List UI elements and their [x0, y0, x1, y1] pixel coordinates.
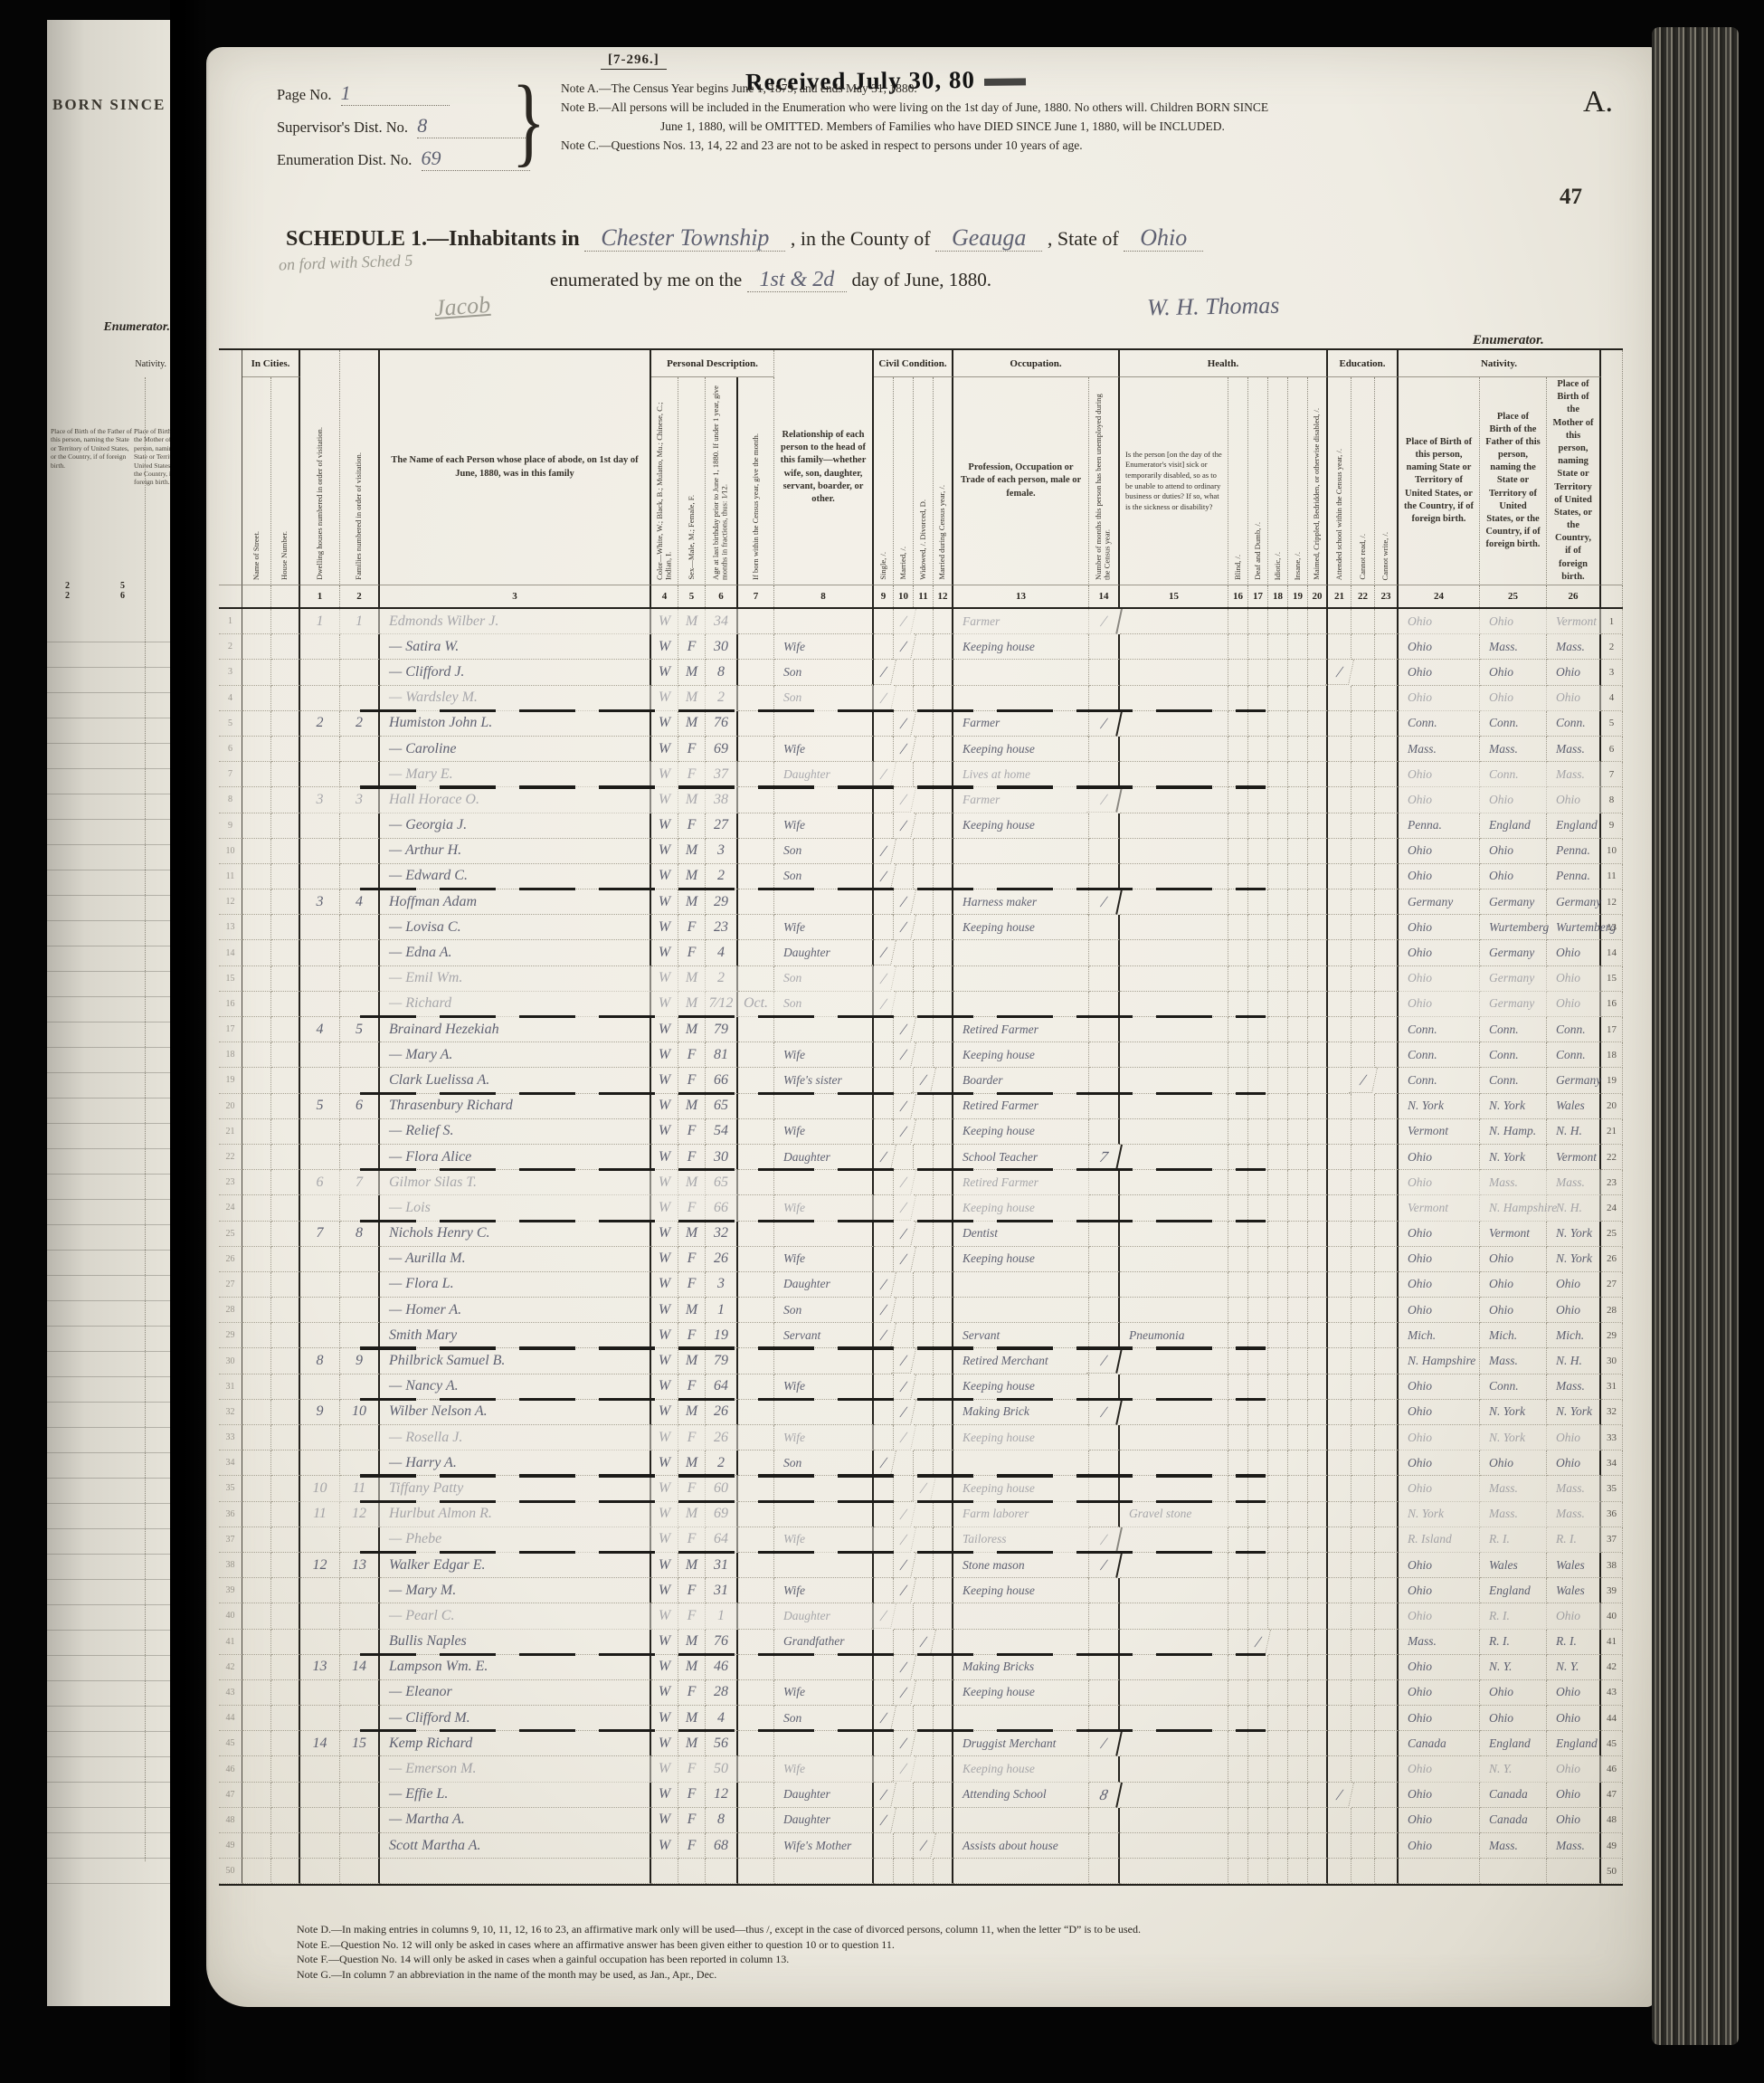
cell-father-birthplace-line-26: Ohio: [1480, 1247, 1547, 1272]
cell-line-right-line-31: 31: [1601, 1374, 1623, 1400]
cell-name-line-36: Hurlbut Almon R.: [380, 1502, 651, 1527]
cell-cannot-write-line-29: [1375, 1323, 1399, 1348]
cell-relationship-line-44: Son: [774, 1706, 874, 1731]
column-header-sickness: Is the person [on the day of the Enumera…: [1120, 377, 1228, 585]
cell-married-line-15: [894, 966, 914, 992]
cell-deaf-dumb-line-2: [1248, 634, 1268, 660]
cell-months-unemployed-line-27: [1089, 1272, 1120, 1298]
cell-age-line-12: 29: [706, 889, 738, 915]
cell-house-line-27: [271, 1272, 300, 1298]
cell-birthplace-line-29: Mich.: [1399, 1323, 1480, 1348]
note-c: Note C.—Questions Nos. 13, 14, 22 and 23…: [561, 137, 1574, 156]
cell-name-line-4: — Wardsley M.: [380, 686, 651, 711]
cell-color-line-15: W: [651, 966, 678, 992]
cell-attended-school-line-19: [1328, 1068, 1351, 1093]
cell-dwelling-line-4: [300, 686, 340, 711]
cell-cannot-read-line-30: [1351, 1348, 1375, 1374]
cell-insane-line-40: [1288, 1603, 1308, 1629]
cell-line-left-line-34: 34: [219, 1450, 242, 1476]
cell-mother-birthplace-line-27: Ohio: [1547, 1272, 1601, 1298]
cell-birthplace-line-50: [1399, 1859, 1480, 1884]
cell-street-line-34: [242, 1450, 271, 1476]
cell-relationship-line-38: [774, 1553, 874, 1578]
cell-single-line-42: [874, 1655, 894, 1680]
cell-color-line-39: W: [651, 1578, 678, 1603]
cell-color-line-13: W: [651, 915, 678, 940]
cell-widowed-line-14: [914, 940, 934, 965]
cell-blind-line-47: [1228, 1783, 1248, 1808]
cell-maimed-line-46: [1308, 1756, 1328, 1782]
enumeration-no-value: 69: [422, 147, 441, 169]
cell-street-line-22: [242, 1145, 271, 1170]
cell-idiotic-line-17: [1268, 1017, 1288, 1042]
schedule-label: SCHEDULE 1.—Inhabitants in: [286, 227, 580, 251]
cell-deaf-dumb-line-48: [1248, 1808, 1268, 1833]
cell-month-born-line-45: [738, 1731, 774, 1756]
cell-sex-line-48: F: [678, 1808, 706, 1833]
column-number-months-unemployed: 14: [1089, 585, 1120, 607]
cell-sex-line-27: F: [678, 1272, 706, 1298]
cell-birthplace-line-11: Ohio: [1399, 864, 1480, 889]
cell-months-unemployed-line-25: [1089, 1222, 1120, 1247]
cell-married-line-42: /: [891, 1655, 916, 1680]
column-header-cannot-write: Cannot write, /.: [1375, 377, 1399, 585]
cell-deaf-dumb-line-49: [1248, 1833, 1268, 1859]
cell-widowed-line-39: [914, 1578, 934, 1603]
cell-maimed-line-13: [1308, 915, 1328, 940]
cell-cannot-write-line-9: [1375, 813, 1399, 839]
cell-line-left-line-22: 22: [219, 1145, 242, 1170]
cell-street-line-46: [242, 1756, 271, 1782]
cell-cannot-write-line-15: [1375, 966, 1399, 992]
cell-cannot-read-line-36: [1351, 1502, 1375, 1527]
cell-family-line-6: [340, 737, 380, 762]
cell-street-line-32: [242, 1400, 271, 1425]
cell-birthplace-line-48: Ohio: [1399, 1808, 1480, 1833]
cell-attended-school-line-5: [1328, 711, 1351, 737]
cell-single-line-32: [874, 1400, 894, 1425]
cell-family-line-27: [340, 1272, 380, 1298]
cell-mother-birthplace-line-5: Conn.: [1547, 711, 1601, 737]
cell-idiotic-line-14: [1268, 940, 1288, 965]
cell-deaf-dumb-line-12: [1248, 889, 1268, 915]
cell-age-line-14: 4: [706, 940, 738, 965]
cell-cannot-read-line-9: [1351, 813, 1375, 839]
cell-dwelling-line-25: 7: [300, 1222, 340, 1247]
cell-months-unemployed-line-28: [1089, 1298, 1120, 1323]
cell-married-census-year-line-12: [934, 889, 953, 915]
cell-attended-school-line-28: [1328, 1298, 1351, 1323]
cell-name-line-14: — Edna A.: [380, 940, 651, 965]
cell-insane-line-10: [1288, 839, 1308, 864]
cell-cannot-write-line-23: [1375, 1170, 1399, 1195]
cell-line-right-line-14: 14: [1601, 940, 1623, 965]
cell-name-line-26: — Aurilla M.: [380, 1247, 651, 1272]
cell-occupation-line-45: Druggist Merchant: [953, 1731, 1089, 1756]
column-number-single: 9: [874, 585, 894, 607]
cell-cannot-write-line-3: [1375, 660, 1399, 685]
column-header-deaf-dumb: Deaf and Dumb, /.: [1248, 377, 1268, 585]
cell-street-line-21: [242, 1119, 271, 1145]
cell-line-left-line-15: 15: [219, 966, 242, 992]
cell-married-line-7: [894, 762, 914, 787]
cell-married-line-17: /: [891, 1017, 916, 1042]
cell-cannot-read-line-1: [1351, 609, 1375, 634]
cell-name-line-46: — Emerson M.: [380, 1756, 651, 1782]
enumerator-label: Enumerator.: [1473, 333, 1544, 348]
cell-attended-school-line-10: [1328, 839, 1351, 864]
cell-birthplace-line-43: Ohio: [1399, 1680, 1480, 1706]
cell-attended-school-line-36: [1328, 1502, 1351, 1527]
cell-cannot-write-line-37: [1375, 1527, 1399, 1553]
cell-occupation-line-42: Making Bricks: [953, 1655, 1089, 1680]
book-gutter-shadow: [170, 0, 210, 2083]
cell-month-born-line-41: [738, 1630, 774, 1655]
cell-relationship-line-33: Wife: [774, 1425, 874, 1450]
cell-widowed-line-12: [914, 889, 934, 915]
cell-attended-school-line-39: [1328, 1578, 1351, 1603]
cell-insane-line-38: [1288, 1553, 1308, 1578]
cell-deaf-dumb-line-31: [1248, 1374, 1268, 1400]
cell-cannot-read-line-45: [1351, 1731, 1375, 1756]
cell-attended-school-line-26: [1328, 1247, 1351, 1272]
cell-widowed-line-9: [914, 813, 934, 839]
cell-married-census-year-line-16: [934, 992, 953, 1017]
cell-married-census-year-line-30: [934, 1348, 953, 1374]
cell-blind-line-33: [1228, 1425, 1248, 1450]
cell-maimed-line-42: [1308, 1655, 1328, 1680]
cell-line-left-line-41: 41: [219, 1630, 242, 1655]
cell-maimed-line-28: [1308, 1298, 1328, 1323]
column-header-married: Married, /.: [894, 377, 914, 585]
cell-mother-birthplace-line-10: Penna.: [1547, 839, 1601, 864]
cell-family-line-16: [340, 992, 380, 1017]
cell-line-right-line-49: 49: [1601, 1833, 1623, 1859]
cell-occupation-line-38: Stone mason: [953, 1553, 1089, 1578]
cell-mother-birthplace-line-38: Wales: [1547, 1553, 1601, 1578]
cell-color-line-19: W: [651, 1068, 678, 1093]
cell-street-line-24: [242, 1195, 271, 1221]
cell-married-line-10: [894, 839, 914, 864]
cell-occupation-line-39: Keeping house: [953, 1578, 1089, 1603]
cell-house-line-10: [271, 839, 300, 864]
cell-idiotic-line-6: [1268, 737, 1288, 762]
cell-father-birthplace-line-29: Mich.: [1480, 1323, 1547, 1348]
cell-mother-birthplace-line-17: Conn.: [1547, 1017, 1601, 1042]
cell-cannot-write-line-14: [1375, 940, 1399, 965]
cell-age-line-18: 81: [706, 1042, 738, 1068]
cell-single-line-16: /: [871, 992, 896, 1017]
cell-father-birthplace-line-45: England: [1480, 1731, 1547, 1756]
cell-dwelling-line-19: [300, 1068, 340, 1093]
cell-blind-line-20: [1228, 1094, 1248, 1119]
cell-attended-school-line-22: [1328, 1145, 1351, 1170]
cell-widowed-line-19: /: [911, 1068, 936, 1093]
cell-cannot-read-line-24: [1351, 1195, 1375, 1221]
cell-blind-line-49: [1228, 1833, 1248, 1859]
cell-cannot-write-line-21: [1375, 1119, 1399, 1145]
column-header-insane: Insane, /.: [1288, 377, 1308, 585]
cell-street-line-6: [242, 737, 271, 762]
cell-relationship-line-50: [774, 1859, 874, 1884]
cell-sickness-line-29: Pneumonia: [1120, 1323, 1228, 1348]
cell-sickness-line-47: [1120, 1783, 1228, 1808]
column-header-mother-birthplace: Place of Birth of the Mother of this per…: [1547, 377, 1601, 585]
cell-color-line-10: W: [651, 839, 678, 864]
cell-age-line-45: 56: [706, 1731, 738, 1756]
cell-birthplace-line-36: N. York: [1399, 1502, 1480, 1527]
column-header-line-right: [1601, 350, 1623, 585]
cell-color-line-27: W: [651, 1272, 678, 1298]
cell-widowed-line-15: [914, 966, 934, 992]
cell-sickness-line-42: [1120, 1655, 1228, 1680]
cell-insane-line-17: [1288, 1017, 1308, 1042]
cell-color-line-38: W: [651, 1553, 678, 1578]
cell-maimed-line-7: [1308, 762, 1328, 787]
cell-cannot-read-line-6: [1351, 737, 1375, 762]
cell-blind-line-17: [1228, 1017, 1248, 1042]
cell-deaf-dumb-line-45: [1248, 1731, 1268, 1756]
cell-blind-line-32: [1228, 1400, 1248, 1425]
cell-age-line-27: 3: [706, 1272, 738, 1298]
cell-attended-school-line-46: [1328, 1756, 1351, 1782]
cell-attended-school-line-44: [1328, 1706, 1351, 1731]
cell-dwelling-line-38: 12: [300, 1553, 340, 1578]
cell-color-line-42: W: [651, 1655, 678, 1680]
cell-age-line-23: 65: [706, 1170, 738, 1195]
cell-line-left-line-12: 12: [219, 889, 242, 915]
cell-father-birthplace-line-17: Conn.: [1480, 1017, 1547, 1042]
cell-sex-line-24: F: [678, 1195, 706, 1221]
cell-cannot-write-line-10: [1375, 839, 1399, 864]
column-header-house: House Number.: [271, 377, 300, 585]
cell-blind-line-34: [1228, 1450, 1248, 1476]
cell-family-line-31: [340, 1374, 380, 1400]
cell-maimed-line-39: [1308, 1578, 1328, 1603]
cell-age-line-49: 68: [706, 1833, 738, 1859]
cell-house-line-9: [271, 813, 300, 839]
cell-father-birthplace-line-9: England: [1480, 813, 1547, 839]
cell-name-line-40: — Pearl C.: [380, 1603, 651, 1629]
cell-attended-school-line-7: [1328, 762, 1351, 787]
cell-married-line-27: [894, 1272, 914, 1298]
cell-married-census-year-line-31: [934, 1374, 953, 1400]
census-table-body: 111Edmonds Wilber J.WM34/Farmer/OhioOhio…: [219, 609, 1623, 1886]
cell-family-line-12: 4: [340, 889, 380, 915]
cell-blind-line-39: [1228, 1578, 1248, 1603]
cell-married-census-year-line-2: [934, 634, 953, 660]
column-header-line-left: [219, 350, 242, 585]
cell-attended-school-line-38: [1328, 1553, 1351, 1578]
cell-idiotic-line-43: [1268, 1680, 1288, 1706]
cell-sickness-line-28: [1120, 1298, 1228, 1323]
cell-line-left-line-5: 5: [219, 711, 242, 737]
column-header-idiotic: Idiotic, /.: [1268, 377, 1288, 585]
cell-idiotic-line-3: [1268, 660, 1288, 685]
cell-dwelling-line-14: [300, 940, 340, 965]
cell-insane-line-8: [1288, 787, 1308, 813]
cell-single-line-40: /: [871, 1603, 896, 1629]
note-d: Note D.—In making entries in columns 9, …: [297, 1922, 1581, 1937]
cell-line-left-line-24: 24: [219, 1195, 242, 1221]
cell-occupation-line-15: [953, 966, 1089, 992]
cell-line-left-line-13: 13: [219, 915, 242, 940]
cell-insane-line-36: [1288, 1502, 1308, 1527]
cell-blind-line-45: [1228, 1731, 1248, 1756]
cell-idiotic-line-46: [1268, 1756, 1288, 1782]
cell-deaf-dumb-line-18: [1248, 1042, 1268, 1068]
cell-relationship-line-45: [774, 1731, 874, 1756]
cell-cannot-write-line-48: [1375, 1808, 1399, 1833]
cell-blind-line-2: [1228, 634, 1248, 660]
cell-deaf-dumb-line-40: [1248, 1603, 1268, 1629]
cell-house-line-44: [271, 1706, 300, 1731]
cell-maimed-line-50: [1308, 1859, 1328, 1884]
cell-line-right-line-29: 29: [1601, 1323, 1623, 1348]
cell-month-born-line-44: [738, 1706, 774, 1731]
cell-occupation-line-29: Servant: [953, 1323, 1089, 1348]
cell-occupation-line-17: Retired Farmer: [953, 1017, 1089, 1042]
cell-father-birthplace-line-2: Mass.: [1480, 634, 1547, 660]
cell-single-line-26: [874, 1247, 894, 1272]
cell-street-line-35: [242, 1476, 271, 1501]
cell-cannot-write-line-43: [1375, 1680, 1399, 1706]
cell-widowed-line-37: [914, 1527, 934, 1553]
cell-sickness-line-9: [1120, 813, 1228, 839]
cell-family-line-8: 3: [340, 787, 380, 813]
cell-deaf-dumb-line-14: [1248, 940, 1268, 965]
cell-house-line-14: [271, 940, 300, 965]
cell-single-line-22: /: [871, 1145, 896, 1170]
cell-dwelling-line-47: [300, 1783, 340, 1808]
cell-line-right-line-3: 3: [1601, 660, 1623, 685]
cell-family-line-1: 1: [340, 609, 380, 634]
cell-line-right-line-19: 19: [1601, 1068, 1623, 1093]
cell-married-line-45: /: [891, 1731, 916, 1756]
cell-line-right-line-34: 34: [1601, 1450, 1623, 1476]
cell-street-line-25: [242, 1222, 271, 1247]
cell-father-birthplace-line-22: N. York: [1480, 1145, 1547, 1170]
cell-name-line-5: Humiston John L.: [380, 711, 651, 737]
cell-insane-line-23: [1288, 1170, 1308, 1195]
cell-mother-birthplace-line-18: Conn.: [1547, 1042, 1601, 1068]
cell-house-line-43: [271, 1680, 300, 1706]
cell-married-line-30: /: [891, 1348, 916, 1374]
cell-cannot-read-line-42: [1351, 1655, 1375, 1680]
cell-single-line-4: /: [871, 686, 896, 711]
column-number-name: 3: [380, 585, 651, 607]
cell-deaf-dumb-line-26: [1248, 1247, 1268, 1272]
cell-married-census-year-line-42: [934, 1655, 953, 1680]
cell-house-line-47: [271, 1783, 300, 1808]
cell-line-right-line-25: 25: [1601, 1222, 1623, 1247]
cell-sex-line-33: F: [678, 1425, 706, 1450]
cell-months-unemployed-line-10: [1089, 839, 1120, 864]
cell-idiotic-line-1: [1268, 609, 1288, 634]
cell-married-line-29: [894, 1323, 914, 1348]
cell-line-left-line-47: 47: [219, 1783, 242, 1808]
cell-dwelling-line-27: [300, 1272, 340, 1298]
cell-months-unemployed-line-34: [1089, 1450, 1120, 1476]
cell-insane-line-31: [1288, 1374, 1308, 1400]
cell-name-line-43: — Eleanor: [380, 1680, 651, 1706]
cell-single-line-31: [874, 1374, 894, 1400]
cell-street-line-49: [242, 1833, 271, 1859]
cell-street-line-44: [242, 1706, 271, 1731]
cell-attended-school-line-45: [1328, 1731, 1351, 1756]
cell-line-left-line-39: 39: [219, 1578, 242, 1603]
cell-cannot-write-line-1: [1375, 609, 1399, 634]
cell-sickness-line-36: Gravel stone: [1120, 1502, 1228, 1527]
cell-month-born-line-28: [738, 1298, 774, 1323]
cell-attended-school-line-24: [1328, 1195, 1351, 1221]
cell-mother-birthplace-line-34: Ohio: [1547, 1450, 1601, 1476]
cell-month-born-line-50: [738, 1859, 774, 1884]
cell-month-born-line-9: [738, 813, 774, 839]
cell-name-line-30: Philbrick Samuel B.: [380, 1348, 651, 1374]
cell-birthplace-line-30: N. Hampshire: [1399, 1348, 1480, 1374]
cell-relationship-line-16: Son: [774, 992, 874, 1017]
cell-cannot-read-line-19: /: [1349, 1068, 1378, 1093]
cell-occupation-line-33: Keeping house: [953, 1425, 1089, 1450]
cell-married-line-26: /: [891, 1247, 916, 1272]
cell-house-line-21: [271, 1119, 300, 1145]
cell-street-line-33: [242, 1425, 271, 1450]
born-since-fragment: BORN SINCE: [52, 96, 166, 114]
cell-attended-school-line-6: [1328, 737, 1351, 762]
cell-cannot-write-line-33: [1375, 1425, 1399, 1450]
cell-dwelling-line-28: [300, 1298, 340, 1323]
cell-insane-line-1: [1288, 609, 1308, 634]
cell-father-birthplace-line-8: Ohio: [1480, 787, 1547, 813]
cell-age-line-11: 2: [706, 864, 738, 889]
cell-street-line-1: [242, 609, 271, 634]
cell-insane-line-26: [1288, 1247, 1308, 1272]
cell-cannot-write-line-26: [1375, 1247, 1399, 1272]
cell-mother-birthplace-line-48: Ohio: [1547, 1808, 1601, 1833]
cell-cannot-read-line-26: [1351, 1247, 1375, 1272]
cell-deaf-dumb-line-41: /: [1246, 1630, 1271, 1655]
cell-age-line-20: 65: [706, 1094, 738, 1119]
cell-name-line-15: — Emil Wm.: [380, 966, 651, 992]
cell-line-left-line-20: 20: [219, 1094, 242, 1119]
cell-color-line-48: W: [651, 1808, 678, 1833]
cell-idiotic-line-19: [1268, 1068, 1288, 1093]
cell-cannot-write-line-30: [1375, 1348, 1399, 1374]
cell-blind-line-31: [1228, 1374, 1248, 1400]
cell-birthplace-line-10: Ohio: [1399, 839, 1480, 864]
cell-relationship-line-2: Wife: [774, 634, 874, 660]
cell-sex-line-41: M: [678, 1630, 706, 1655]
cell-line-right-line-47: 47: [1601, 1783, 1623, 1808]
cell-attended-school-line-16: [1328, 992, 1351, 1017]
cell-street-line-29: [242, 1323, 271, 1348]
cell-month-born-line-10: [738, 839, 774, 864]
cell-blind-line-6: [1228, 737, 1248, 762]
cell-sickness-line-37: [1120, 1527, 1228, 1553]
cell-house-line-28: [271, 1298, 300, 1323]
cell-idiotic-line-26: [1268, 1247, 1288, 1272]
cell-maimed-line-40: [1308, 1603, 1328, 1629]
cell-attended-school-line-23: [1328, 1170, 1351, 1195]
cell-blind-line-11: [1228, 864, 1248, 889]
cell-father-birthplace-line-47: Canada: [1480, 1783, 1547, 1808]
cell-cannot-read-line-49: [1351, 1833, 1375, 1859]
cell-idiotic-line-48: [1268, 1808, 1288, 1833]
cell-occupation-line-37: Tailoress: [953, 1527, 1089, 1553]
cell-birthplace-line-44: Ohio: [1399, 1706, 1480, 1731]
cell-months-unemployed-line-9: [1089, 813, 1120, 839]
